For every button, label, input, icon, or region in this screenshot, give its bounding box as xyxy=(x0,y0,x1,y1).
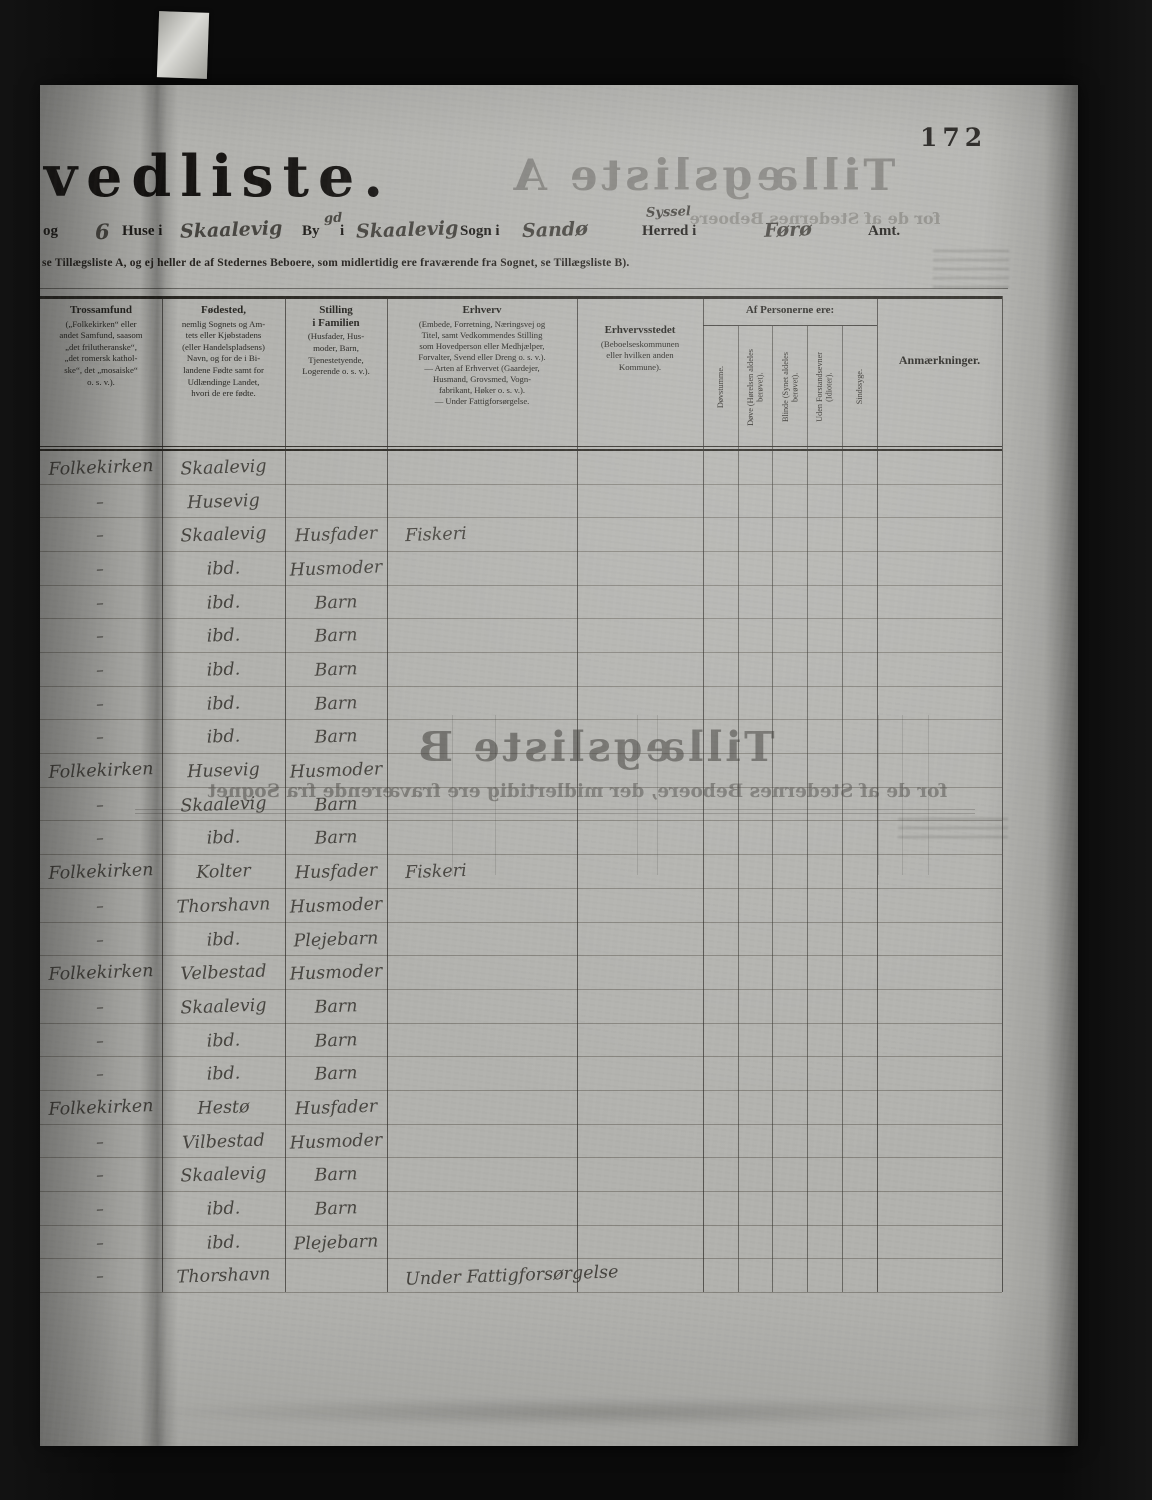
cell-trossamfund: – xyxy=(40,653,162,687)
cell-trossamfund: – xyxy=(40,619,162,653)
page-number: 172 xyxy=(920,123,987,152)
column-title: Erhvervsstedet xyxy=(579,324,701,337)
cell-fodested: Skaalevig xyxy=(162,451,286,485)
column-header-anmaerkninger: Anmærkninger. xyxy=(877,296,1002,448)
column-title: Anmærkninger. xyxy=(879,354,1000,368)
cell-stilling: Plejebarn xyxy=(285,1226,388,1260)
cell-stilling: Barn xyxy=(285,788,388,822)
table-row: –ThorshavnHusmoder xyxy=(40,888,1002,922)
cell-fodested: Hestø xyxy=(162,1091,286,1125)
table-row: –ibd.Barn xyxy=(40,719,1002,753)
cell-trossamfund: – xyxy=(40,1158,162,1192)
cell-trossamfund: – xyxy=(40,485,162,519)
cell-trossamfund: – xyxy=(40,586,162,620)
table-row: –SkaalevigHusfaderFiskeri xyxy=(40,517,1002,551)
cell-fodested: ibd. xyxy=(162,552,286,586)
cell-fodested: ibd. xyxy=(162,1192,286,1226)
cell-trossamfund: – xyxy=(40,552,162,586)
cell-trossamfund: – xyxy=(40,1057,162,1091)
table-row: –SkaalevigBarn xyxy=(40,1157,1002,1191)
handwritten-sogn-value: Skaalevig xyxy=(356,217,459,243)
cell-trossamfund: – xyxy=(40,1023,162,1057)
form-label-by-i: i xyxy=(340,223,344,240)
cell-trossamfund: – xyxy=(40,889,162,923)
cell-stilling: Barn xyxy=(285,1192,388,1226)
column-subtext: (Husfader, Hus- moder, Barn, Tjenestetye… xyxy=(285,331,387,377)
cell-trossamfund: – xyxy=(40,1226,162,1260)
cell-erhverv: Fiskeri xyxy=(404,519,467,551)
cell-trossamfund: – xyxy=(40,687,162,721)
cell-trossamfund: Folkekirken xyxy=(40,754,162,788)
cell-trossamfund: – xyxy=(40,788,162,822)
handwritten-house-count: 6 xyxy=(95,219,110,244)
cell-fodested: ibd. xyxy=(162,1057,286,1091)
census-page: Tillægsliste A for de af Stedernes Beboe… xyxy=(40,85,1078,1446)
cell-fodested: Skaalevig xyxy=(162,518,286,552)
cell-trossamfund: – xyxy=(40,720,162,754)
table-row: –ibd.Barn xyxy=(40,652,1002,686)
column-subtext: nemlig Sognets og Am- tets eller Kjøbsta… xyxy=(162,319,285,400)
cell-fodested: Skaalevig xyxy=(162,1158,286,1192)
page-title-fragment: vedliste. xyxy=(44,143,392,210)
table-row: FolkekirkenHusevigHusmoder xyxy=(40,753,1002,787)
table-row: –ibd.Barn xyxy=(40,820,1002,854)
table-row: –Husevig xyxy=(40,484,1002,518)
cell-stilling: Barn xyxy=(285,687,388,721)
person-state-column-header: Døvstumme. xyxy=(703,326,738,448)
cell-fodested: ibd. xyxy=(162,586,286,620)
cell-fodested: ibd. xyxy=(162,619,286,653)
cell-trossamfund: – xyxy=(40,1259,162,1293)
column-subtext: („Folkekirken“ eller andet Samfund, saas… xyxy=(40,319,162,389)
header-bottom-rule xyxy=(40,446,1002,447)
cell-fodested: Skaalevig xyxy=(162,788,286,822)
table-row: –VilbestadHusmoder xyxy=(40,1124,1002,1158)
handwritten-amt-value: Førø xyxy=(764,218,813,242)
ghost-tillaegsliste-a-title: Tillægsliste A xyxy=(395,151,1010,201)
form-label-sogn-i: Sogn i xyxy=(460,223,500,240)
cell-trossamfund: – xyxy=(40,1124,162,1158)
cell-stilling: Barn xyxy=(285,822,388,856)
table-row: –ibd.Barn xyxy=(40,1056,1002,1090)
cell-stilling: Barn xyxy=(285,1024,388,1058)
cell-trossamfund: Folkekirken xyxy=(40,855,162,889)
table-row: FolkekirkenKolterHusfaderFiskeri xyxy=(40,854,1002,888)
cell-stilling: Barn xyxy=(285,1057,388,1091)
column-subtext: (Embede, Forretning, Næringsvej og Titel… xyxy=(387,319,577,407)
cell-stilling: Barn xyxy=(285,1158,388,1192)
table-row: –ibd.Barn xyxy=(40,1191,1002,1225)
cell-stilling: Barn xyxy=(285,721,388,755)
cell-stilling: Husmoder xyxy=(285,956,388,990)
person-state-column-header: Døve (Hørelsen aldeles berøvet). xyxy=(738,326,773,448)
cell-fodested: Skaalevig xyxy=(162,990,286,1024)
column-title: Fødested, xyxy=(164,304,283,317)
table-row: –SkaalevigBarn xyxy=(40,787,1002,821)
form-label-og: og xyxy=(43,223,58,240)
table-row: –ibd.Barn xyxy=(40,686,1002,720)
cell-stilling: Barn xyxy=(285,620,388,654)
cell-stilling: Plejebarn xyxy=(285,923,388,957)
scanned-census-page: Tillægsliste A for de af Stedernes Beboe… xyxy=(0,0,1152,1500)
cell-stilling: Barn xyxy=(285,653,388,687)
cell-fodested: Husevig xyxy=(162,754,286,788)
cell-fodested: ibd. xyxy=(162,821,286,855)
column-header-erhverv: Erhverv (Embede, Forretning, Næringsvej … xyxy=(387,296,577,448)
cell-stilling: Husmoder xyxy=(285,1125,388,1159)
handwritten-by-value: Skaalevig xyxy=(180,217,283,243)
table-row: –ThorshavnUnder Fattigforsørgelse xyxy=(40,1258,1002,1292)
column-header-trossamfund: Trossamfund („Folkekirken“ eller andet S… xyxy=(40,296,162,448)
cell-stilling: Husmoder xyxy=(285,552,388,586)
cell-trossamfund: – xyxy=(40,922,162,956)
cell-fodested: Velbestad xyxy=(162,956,286,990)
table-row: –ibd.Barn xyxy=(40,1023,1002,1057)
cell-stilling: Husfader xyxy=(285,1091,388,1125)
table-row: FolkekirkenHestøHusfader xyxy=(40,1090,1002,1124)
table-row: –SkaalevigBarn xyxy=(40,989,1002,1023)
cell-fodested: ibd. xyxy=(162,1023,286,1057)
cell-erhverv: Fiskeri xyxy=(404,856,467,888)
cell-stilling: Barn xyxy=(285,586,388,620)
column-header-stilling: Stilling i Familien (Husfader, Hus- mode… xyxy=(285,296,387,448)
cell-fodested: Thorshavn xyxy=(162,1259,286,1293)
cell-fodested: Kolter xyxy=(162,855,286,889)
form-label-amt: Amt. xyxy=(868,223,900,240)
table-row: –ibd.Plejebarn xyxy=(40,922,1002,956)
cell-stilling: Husmoder xyxy=(285,889,388,923)
table-row: FolkekirkenSkaalevig xyxy=(40,450,1002,484)
table-row: FolkekirkenVelbestadHusmoder xyxy=(40,955,1002,989)
column-header-erhvervsstedet: Erhvervsstedet (Beboelseskommunen eller … xyxy=(577,296,703,448)
cell-trossamfund: Folkekirken xyxy=(40,1091,162,1125)
table-row: –ibd.Barn xyxy=(40,618,1002,652)
person-state-column-header: Sindssyge. xyxy=(842,326,877,448)
location-form-line: og 6 Huse i Skaalevig By gd i Skaalevig … xyxy=(40,215,940,249)
instruction-note: se Tillægsliste A, og ej heller de af St… xyxy=(42,257,822,269)
form-label-huse-i: Huse i xyxy=(122,223,162,240)
cell-fodested: ibd. xyxy=(162,1225,286,1259)
cell-stilling: Husfader xyxy=(285,855,388,889)
column-header-fodested: Fødested, nemlig Sognets og Am- tets ell… xyxy=(162,296,285,448)
group-header-af-personerne: Af Personerne ere: xyxy=(703,296,877,326)
cell-fodested: Husevig xyxy=(162,485,286,519)
cell-stilling: Husmoder xyxy=(285,754,388,788)
grid-line xyxy=(1002,296,1003,1292)
column-title: Trossamfund xyxy=(42,304,160,317)
column-title: Stilling i Familien xyxy=(287,304,385,329)
cell-trossamfund: – xyxy=(40,1192,162,1226)
scan-artifact xyxy=(130,1397,1070,1427)
table-row: –ibd.Plejebarn xyxy=(40,1225,1002,1259)
table-row: –ibd.Husmoder xyxy=(40,551,1002,585)
cell-stilling: Husfader xyxy=(285,519,388,553)
handwritten-syssel-annotation: Syssel xyxy=(646,204,691,221)
cell-fodested: ibd. xyxy=(162,922,286,956)
cell-fodested: Vilbestad xyxy=(162,1124,286,1158)
cell-trossamfund: – xyxy=(40,518,162,552)
cell-fodested: ibd. xyxy=(162,687,286,721)
cell-fodested: ibd. xyxy=(162,653,286,687)
cell-fodested: ibd. xyxy=(162,720,286,754)
handwritten-herred-value: Sandø xyxy=(522,218,589,242)
ghost-text-smudge xyxy=(933,250,1009,290)
cell-fodested: Thorshavn xyxy=(162,889,286,923)
tape-fragment xyxy=(157,11,209,79)
cell-trossamfund: Folkekirken xyxy=(40,451,162,485)
cell-erhverv: Under Fattigforsørgelse xyxy=(405,1258,619,1295)
cell-stilling: Barn xyxy=(285,990,388,1024)
form-label-by: By xyxy=(302,223,320,240)
form-label-herred-i: Herred i xyxy=(642,223,696,240)
person-state-columns: Døvstumme.Døve (Hørelsen aldeles berøvet… xyxy=(703,326,877,448)
horizontal-rule xyxy=(40,288,1008,289)
table-row: –ibd.Barn xyxy=(40,585,1002,619)
cell-trossamfund: Folkekirken xyxy=(40,956,162,990)
column-title: Erhverv xyxy=(389,304,575,317)
column-subtext: (Beboelseskommunen eller hvilken anden K… xyxy=(577,339,703,374)
cell-trossamfund: – xyxy=(40,990,162,1024)
person-state-column-header: Blinde (Synet aldeles berøvet). xyxy=(773,326,808,448)
person-state-column-header: Uden Forstandsevner (Idioter). xyxy=(807,326,842,448)
cell-trossamfund: – xyxy=(40,821,162,855)
